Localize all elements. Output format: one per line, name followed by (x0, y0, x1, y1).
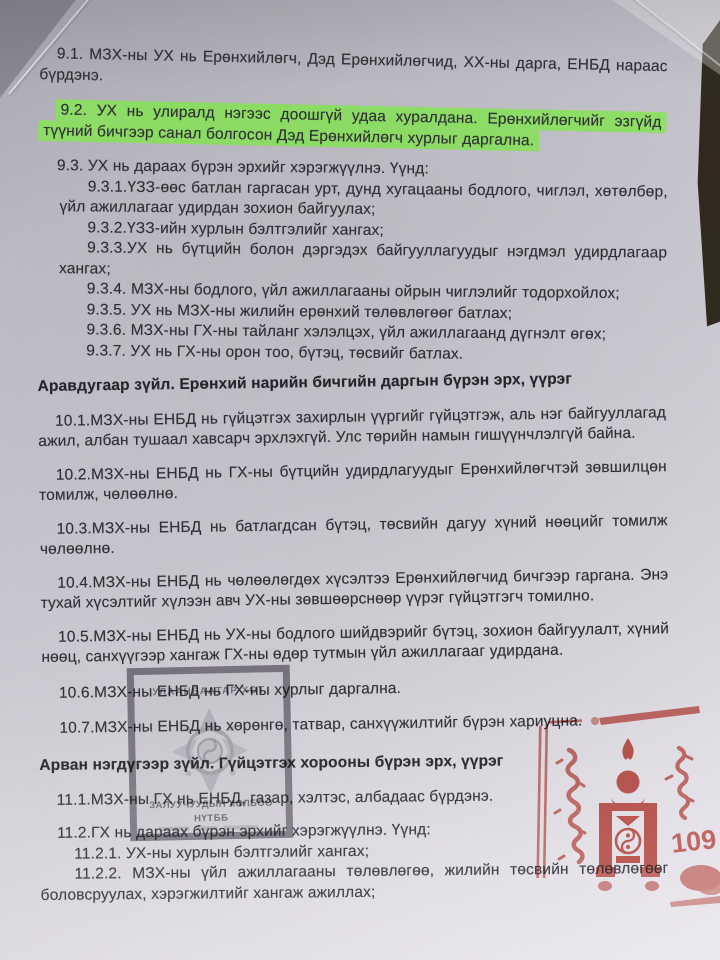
clause-9-2-highlighted: 9.2. УХ нь улиралд нэгээс доошгүй удаа х… (38, 100, 667, 154)
clause-10-6: 10.6.МЗХ-ны ЕНБД нь ГХ-ны хурлыг даргалн… (42, 675, 670, 704)
clause-10-2: 10.2.МЗХ-ны ЕНБД нь ГХ-ны бүтцийн удирдл… (39, 457, 668, 507)
section-heading-11: Арван нэгдүгээр зүйл. Гүйцэтгэх хорооны … (39, 749, 667, 776)
stamp-number: 109 (670, 824, 718, 859)
clause-11-2-2: 11.2.2. МЗХ-ны үйл ажиллагааны төлөвлөгө… (40, 858, 668, 905)
green-highlight: 9.2. УХ нь улиралд нэгээс доошгүй удаа х… (38, 99, 667, 151)
document-text: 9.1. МЗХ-ны УХ нь Ерөнхийлөгч, Дэд Ерөнх… (40, 44, 668, 906)
clause-10-5: 10.5.МЗХ-ны ЕНБД нь УХ-ны бодлого шийдвэ… (41, 619, 670, 669)
clause-9-1: 9.1. МЗХ-ны УХ нь Ерөнхийлөгч, Дэд Ерөнх… (39, 44, 668, 98)
stamp-bottom-smudge (670, 865, 720, 907)
mongol-script-right-icon (666, 748, 693, 818)
clause-9-3-1: 9.3.1.ҮЗЗ-өөс батлан гаргасан урт, дунд … (39, 176, 667, 222)
clause-10-7: 10.7.МЗХ-ны ЕНБД нь хөрөнгө, татвар, сан… (42, 710, 670, 739)
scanned-document-page: 9.1. МЗХ-ны УХ нь Ерөнхийлөгч, Дэд Ерөнх… (0, 0, 720, 960)
section-heading-10: Аравдугаар зүйл. Ерөнхий нарийн бичгийн … (37, 368, 665, 397)
clause-10-3: 10.3.МЗХ-ны ЕНБД нь батлагдсан бүтэц, тө… (39, 511, 668, 561)
section-10: Аравдугаар зүйл. Ерөнхий нарийн бичгийн … (37, 368, 670, 739)
clause-9-3-3: 9.3.3.УХ нь бүтцийн болон дэргэдэх байгу… (39, 238, 667, 284)
clause-10-1: 10.1.МЗХ-ны ЕНБД нь гүйцэтгэх захирлын ү… (38, 403, 667, 453)
clause-10-4: 10.4.МЗХ-ны ЕНБД нь чөлөөлөгдөх хүсэлтээ… (40, 565, 669, 615)
section-9-top: 9.1. МЗХ-ны УХ нь Ерөнхийлөгч, Дэд Ерөнх… (38, 44, 668, 154)
clause-11-1: 11.1.МЗХ-ны ГХ нь ЕНБД, газар, хэлтэс, а… (40, 784, 668, 811)
section-11: Арван нэгдүгээр зүйл. Гүйцэтгэх хорооны … (39, 749, 668, 905)
section-9-subclauses: 9.3. УХ нь дараах бүрэн эрхийг хэрэгжүүл… (38, 156, 668, 366)
